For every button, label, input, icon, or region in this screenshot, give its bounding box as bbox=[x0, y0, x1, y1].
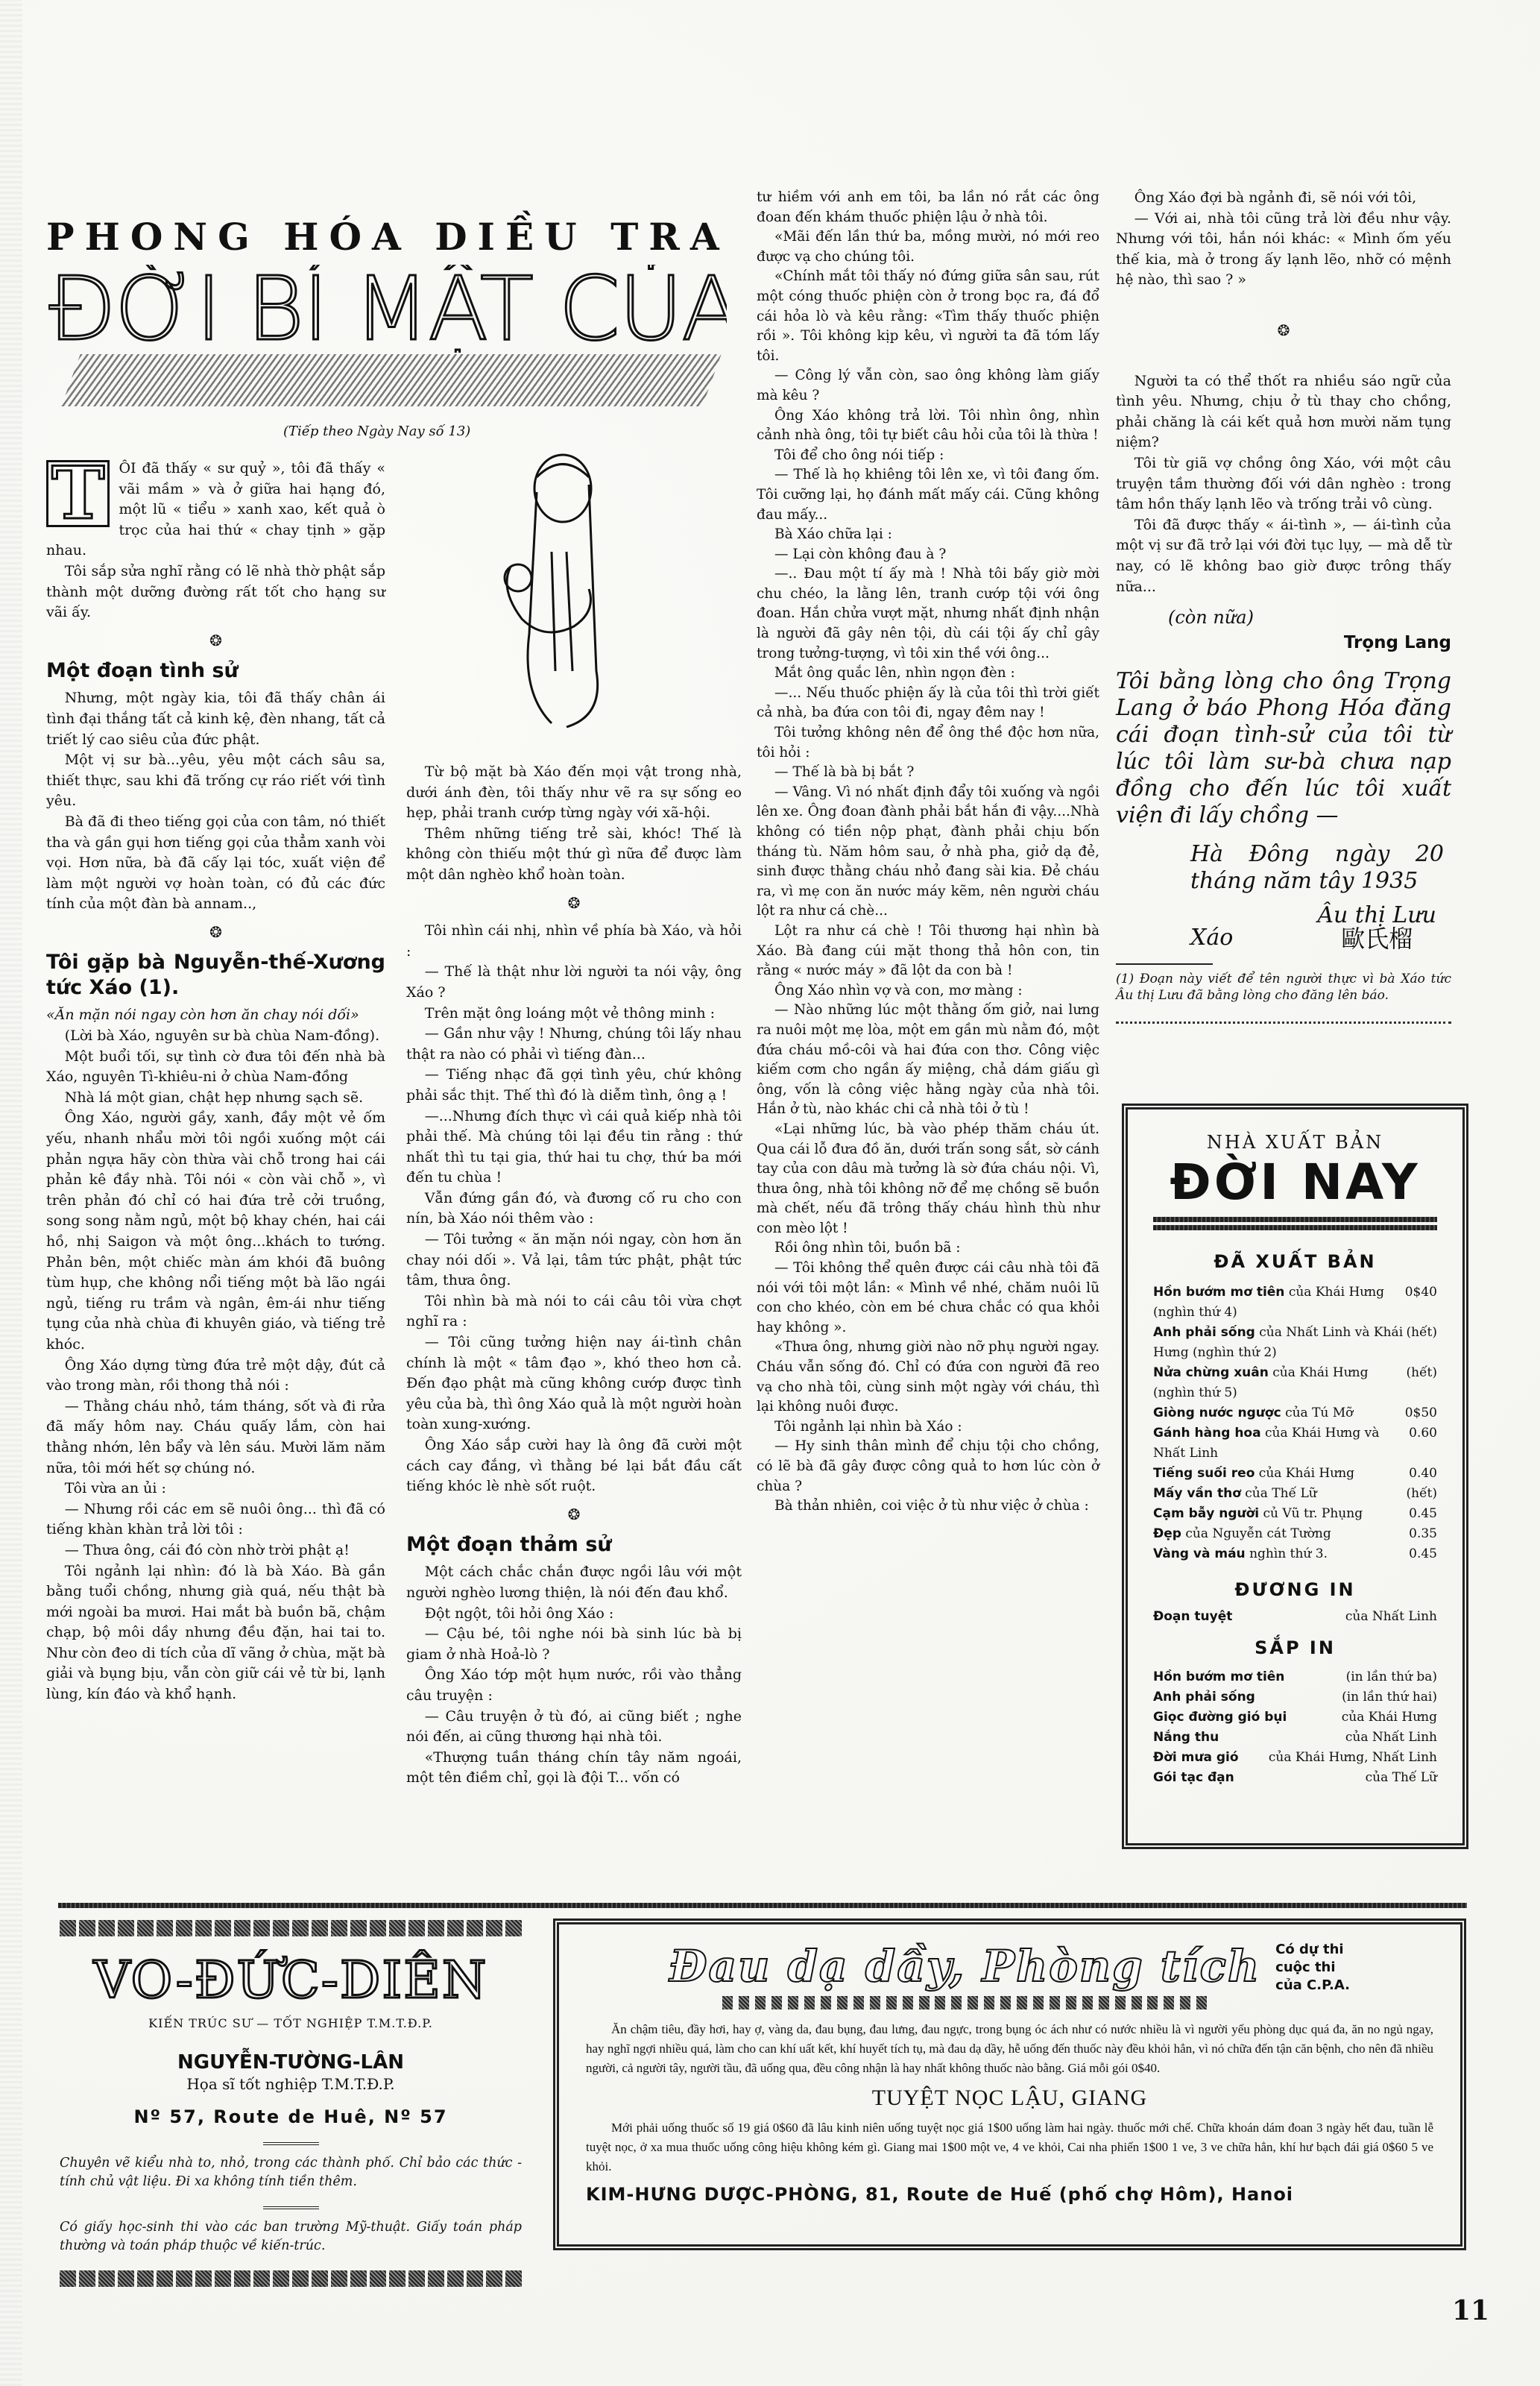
paragraph: — Công lý vẫn còn, sao ông không làm giấ… bbox=[757, 366, 1099, 406]
paragraph: Đột ngột, tôi hỏi ông Xáo : bbox=[406, 1604, 742, 1625]
book-detail: của Nhất Linh bbox=[1345, 1609, 1437, 1624]
paragraph: — Thưa ông, cái đó còn nhờ trời phật ạ! bbox=[46, 1540, 385, 1561]
book-detail: của Nhất Linh bbox=[1345, 1728, 1437, 1748]
book-detail: của Nguyễn cát Tường bbox=[1185, 1526, 1331, 1541]
book-price: 0.45 bbox=[1409, 1504, 1437, 1524]
handwritten-date: Hà Đông ngày 20 tháng năm tây 1935 bbox=[1190, 841, 1444, 895]
upcoming-list: Hồn bướm mơ tiên(in lần thứ ba) Anh phải… bbox=[1153, 1667, 1437, 1788]
section-ornament: ❂ bbox=[406, 1505, 742, 1526]
paragraph: (Lời bà Xáo, nguyên sư bà chùa Nam-đồng)… bbox=[46, 1026, 385, 1047]
book-price: (hết) bbox=[1406, 1323, 1437, 1343]
book-price: 0.60 bbox=[1409, 1423, 1437, 1444]
book-detail: củ Vũ tr. Phụng bbox=[1263, 1506, 1363, 1521]
paragraph: Nhưng, một ngày kia, tôi đã thấy chân ái… bbox=[46, 688, 385, 750]
rule bbox=[1153, 1217, 1437, 1222]
paragraph: — Thế là bà bị bắt ? bbox=[757, 763, 1099, 783]
decorative-border bbox=[60, 2270, 522, 2287]
book-title: Vàng và máu bbox=[1153, 1546, 1246, 1561]
signature-xao: Xáo bbox=[1190, 925, 1233, 951]
book-item: Gói tạc đạncủa Thế Lữ bbox=[1153, 1768, 1437, 1788]
partner-name: NGUYỄN-TƯỜNG-LÂN bbox=[60, 2051, 522, 2074]
paragraph: — Thế là họ khiêng tôi lên xe, vì tôi đa… bbox=[757, 465, 1099, 525]
pharmacy-subheading: TUYỆT NỌC LẬU, GIANG bbox=[586, 2086, 1433, 2111]
book-item: Đời mưa giócủa Khái Hưng, Nhất Linh bbox=[1153, 1748, 1437, 1768]
section-heading: Một đoạn thảm sử bbox=[406, 1532, 742, 1558]
book-title: Anh phải sống bbox=[1153, 1325, 1255, 1340]
book-price: 0$40 bbox=[1405, 1282, 1437, 1303]
book-detail: của Khái Hưng bbox=[1259, 1466, 1354, 1481]
book-detail: của Khái Hưng, Nhất Linh bbox=[1269, 1748, 1437, 1768]
book-item: Đoạn tuyệtcủa Nhất Linh bbox=[1153, 1609, 1437, 1624]
paragraph: «Mãi đến lần thứ ba, mồng mười, nó mới r… bbox=[757, 227, 1099, 267]
paragraph: Ông Xáo tớp một hụm nước, rồi vào thẳng … bbox=[406, 1665, 742, 1706]
wavy-rule bbox=[1116, 1022, 1451, 1024]
paragraph: — Gần như vậy ! Nhưng, chúng tôi lấy nha… bbox=[406, 1024, 742, 1065]
dropcap: T bbox=[46, 460, 110, 527]
architect-teaching: Có giấy học-sinh thi vào các ban trường … bbox=[60, 2218, 522, 2256]
paragraph: — Tiếng nhạc đã gợi tình yêu, chứ không … bbox=[406, 1065, 742, 1106]
section-ornament: ❂ bbox=[46, 631, 385, 652]
pharmacy-headline-row: Đau dạ dầy, Phòng tích Có dự thi cuộc th… bbox=[586, 1941, 1433, 2009]
book-price: (hết) bbox=[1406, 1484, 1437, 1504]
scan-edge bbox=[0, 0, 22, 2386]
column-2: Từ bộ mặt bà Xáo đến mọi vật trong nhà, … bbox=[406, 762, 742, 1789]
paragraph: Tôi nhìn cái nhị, nhìn về phía bà Xáo, v… bbox=[406, 921, 742, 962]
book-title: Giọc đường gió bụi bbox=[1153, 1707, 1287, 1728]
paragraph: Bà thản nhiên, coi việc ở tù như việc ở … bbox=[757, 1496, 1099, 1517]
section-heading: Tôi gặp bà Nguyễn-thế-Xương tức Xáo (1). bbox=[46, 950, 385, 1001]
book-item: Hồn bướm mơ tiên của Khái Hưng (nghìn th… bbox=[1153, 1282, 1437, 1323]
intro-paragraph: Tôi sắp sửa nghĩ rằng có lẽ nhà thờ phật… bbox=[46, 561, 385, 623]
paragraph: — Tôi không thể quên được cái câu nhà tô… bbox=[757, 1259, 1099, 1338]
architect-ad: VO-ĐỨC-DIÊN KIẾN TRÚC SƯ — TỐT NGHIỆP T.… bbox=[60, 1920, 522, 2300]
book-title: Giòng nước ngược bbox=[1153, 1406, 1281, 1420]
book-title: Nửa chừng xuân bbox=[1153, 1365, 1269, 1380]
paragraph: Vẫn đứng gần đó, và đương cố ru cho con … bbox=[406, 1189, 742, 1230]
continued-from: (Tiếp theo Ngày Nay số 13) bbox=[283, 424, 470, 439]
book-title: Mấy vần thơ bbox=[1153, 1486, 1241, 1501]
book-item: Hồn bướm mơ tiên(in lần thứ ba) bbox=[1153, 1667, 1437, 1687]
paragraph: —... Nếu thuốc phiện ấy là của tôi thì t… bbox=[757, 684, 1099, 723]
book-detail: của Khái Hưng bbox=[1342, 1707, 1437, 1728]
book-title: Hồn bướm mơ tiên bbox=[1153, 1285, 1284, 1300]
book-price: (hết) bbox=[1406, 1363, 1437, 1383]
paragraph: — Câu truyện ở tù đó, ai cũng biết ; ngh… bbox=[406, 1707, 742, 1748]
paragraph: Bà đã đi theo tiếng gọi của con tâm, nó … bbox=[46, 812, 385, 915]
paragraph: — Tôi tưởng « ăn mặn nói ngay, còn hơn ă… bbox=[406, 1230, 742, 1291]
page-number: 11 bbox=[1452, 2295, 1489, 2326]
section-ornament: ❂ bbox=[406, 893, 742, 914]
book-detail: nghìn thứ 3. bbox=[1249, 1546, 1328, 1561]
decorative-border bbox=[60, 1920, 522, 1936]
paragraph: Ông Xáo dựng từng đứa trẻ một dậy, đút c… bbox=[46, 1356, 385, 1397]
book-item: Nắng thucủa Nhất Linh bbox=[1153, 1728, 1437, 1748]
pharmacy-headline-block: Đau dạ dầy, Phòng tích bbox=[669, 1941, 1260, 2009]
book-title: Tiếng suối reo bbox=[1153, 1466, 1255, 1481]
column-1: T ÔI đã thấy « sư quỷ », tôi đã thấy « v… bbox=[46, 459, 385, 1705]
paragraph: Rồi ông nhìn tôi, buồn bã : bbox=[757, 1238, 1099, 1259]
book-item: Gánh hàng hoa của Khái Hưng và Nhất Linh… bbox=[1153, 1423, 1437, 1464]
pharmacy-headline: Đau dạ dầy, Phòng tích bbox=[669, 1941, 1260, 1992]
article-title-block: ĐỜI BÍ MẬT CỦA SƯ VÃI bbox=[48, 265, 727, 444]
book-detail: (in lần thứ hai) bbox=[1342, 1687, 1437, 1707]
signatures: Xáo Âu thị Lưu 歐氏榴 bbox=[1116, 902, 1451, 951]
nun-holding-child-illustration bbox=[477, 447, 648, 731]
book-item: Giòng nước ngược của Tú Mỡ0$50 bbox=[1153, 1403, 1437, 1423]
book-price: 0$50 bbox=[1405, 1403, 1437, 1423]
book-item: Tiếng suối reo của Khái Hưng0.40 bbox=[1153, 1464, 1437, 1484]
paragraph: — Nhưng rồi các em sẽ nuôi ông... thì đã… bbox=[46, 1499, 385, 1540]
architect-name: VO-ĐỨC-DIÊN bbox=[60, 1951, 522, 2010]
paragraph: Ông Xáo sắp cười hay là ông đã cười một … bbox=[406, 1435, 742, 1497]
book-item: Đẹp của Nguyễn cát Tường0.35 bbox=[1153, 1524, 1437, 1544]
epigraph: «Ăn mặn nói ngay còn hơn ăn chay nói dối… bbox=[46, 1005, 385, 1026]
publisher-name: ĐỜI NAY bbox=[1153, 1153, 1437, 1212]
section-ornament: ❂ bbox=[1116, 321, 1451, 341]
signature-au-thi-luu: Âu thị Lưu 歐氏榴 bbox=[1317, 902, 1436, 951]
book-price: 0.45 bbox=[1409, 1544, 1437, 1564]
handwritten-consent-note: Tôi bằng lòng cho ông Trọng Lang ở báo P… bbox=[1116, 668, 1451, 829]
book-item: Giọc đường gió bụicủa Khái Hưng bbox=[1153, 1707, 1437, 1728]
published-heading: ĐÃ XUẤT BẢN bbox=[1153, 1251, 1437, 1272]
paragraph: Ông Xáo nhìn vợ và con, mơ màng : bbox=[757, 981, 1099, 1001]
book-detail: của Tú Mỡ bbox=[1285, 1406, 1353, 1420]
paragraph: — Với ai, nhà tôi cũng trả lời đều như v… bbox=[1116, 209, 1451, 291]
book-title: Nắng thu bbox=[1153, 1728, 1219, 1748]
publisher-ad-doi-nay: NHÀ XUẤT BẢN ĐỜI NAY ĐÃ XUẤT BẢN Hồn bướ… bbox=[1122, 1104, 1468, 1849]
title-hatch-shadow bbox=[61, 354, 721, 406]
paragraph: «Lại những lúc, bà vào phép thăm cháu út… bbox=[757, 1120, 1099, 1239]
section-ornament: ❂ bbox=[46, 922, 385, 943]
paragraph: Tôi vừa an ủi : bbox=[46, 1479, 385, 1499]
pharmacy-footer: KIM-HƯNG DƯỢC-PHÒNG, 81, Route de Huế (p… bbox=[586, 2184, 1433, 2205]
book-item: Cạm bẫy người củ Vũ tr. Phụng0.45 bbox=[1153, 1504, 1437, 1524]
paragraph: tư hiềm với anh em tôi, ba lần nó rắt cá… bbox=[757, 188, 1099, 227]
paragraph: — Nào những lúc một thằng ốm giở, nai lư… bbox=[757, 1001, 1099, 1120]
book-item: Nửa chừng xuân của Khái Hưng (nghìn thứ … bbox=[1153, 1363, 1437, 1403]
paragraph: Tôi đã được thấy « ái-tình », — ái-tình … bbox=[1116, 515, 1451, 597]
architect-subtitle: KIẾN TRÚC SƯ — TỐT NGHIỆP T.M.T.Đ.P. bbox=[60, 2016, 522, 2030]
partner-title: Họa sĩ tốt nghiệp T.M.T.Đ.P. bbox=[60, 2075, 522, 2093]
article-title: ĐỜI BÍ MẬT CỦA SƯ VÃI bbox=[48, 265, 727, 353]
book-item: Mấy vần thơ của Thế Lữ(hết) bbox=[1153, 1484, 1437, 1504]
book-title: Đẹp bbox=[1153, 1526, 1181, 1541]
book-detail: của Thế Lữ bbox=[1366, 1768, 1437, 1788]
paragraph: Tôi ngảnh lại nhìn: đó là bà Xáo. Bà gần… bbox=[46, 1561, 385, 1705]
paragraph: Một vị sư bà...yêu, yêu một cách sâu sa,… bbox=[46, 750, 385, 812]
paragraph: Tôi để cho ông nói tiếp : bbox=[757, 446, 1099, 466]
to-be-continued: (còn nữa) bbox=[1168, 608, 1451, 629]
paragraph: Tôi ngảnh lại nhìn bà Xáo : bbox=[757, 1417, 1099, 1438]
publisher-label: NHÀ XUẤT BẢN bbox=[1153, 1132, 1437, 1153]
pharmacy-body-1: Ăn chậm tiêu, đầy hơi, hay ợ, vàng da, đ… bbox=[586, 2020, 1433, 2078]
paragraph: — Thằng cháu nhỏ, tám tháng, sốt và đi r… bbox=[46, 1397, 385, 1479]
section-heading: Một đoạn tình sử bbox=[46, 658, 385, 684]
signature-han: 歐氏榴 bbox=[1317, 929, 1436, 950]
author-byline: Trọng Lang bbox=[1116, 633, 1451, 654]
printing-heading: ĐƯƠNG IN bbox=[1153, 1579, 1437, 1600]
published-list: Hồn bướm mơ tiên của Khái Hưng (nghìn th… bbox=[1153, 1282, 1437, 1564]
paragraph: — Vâng. Vì nó nhất định đẩy tôi xuống và… bbox=[757, 783, 1099, 922]
paragraph: —.. Đau một tí ấy mà ! Nhà tôi bấy giờ m… bbox=[757, 564, 1099, 664]
paragraph: Ông Xáo đợi bà ngảnh đi, sẽ nói với tôi, bbox=[1116, 188, 1451, 209]
paragraph: Ông Xáo, người gầy, xanh, đầy một vẻ ốm … bbox=[46, 1108, 385, 1355]
book-title: Đời mưa gió bbox=[1153, 1748, 1239, 1768]
paragraph: — Tôi cũng tưởng hiện nay ái-tình chân c… bbox=[406, 1332, 742, 1435]
paragraph: Trên mặt ông loáng một vẻ thông minh : bbox=[406, 1004, 742, 1024]
paragraph: Một cách chắc chắn được ngồi lâu với một… bbox=[406, 1562, 742, 1603]
architect-address: Nº 57, Route de Huê, Nº 57 bbox=[60, 2106, 522, 2127]
book-title: Gói tạc đạn bbox=[1153, 1768, 1234, 1788]
rule bbox=[263, 2142, 319, 2145]
paragraph: «Thưa ông, nhưng giời nào nỡ phụ người n… bbox=[757, 1338, 1099, 1417]
paragraph: — Lại còn không đau à ? bbox=[757, 545, 1099, 565]
article-kicker: PHONG HÓA DIỀU TRA bbox=[46, 215, 730, 259]
paragraph: —...Nhưng đích thực vì cái quả kiếp nhà … bbox=[406, 1107, 742, 1189]
paragraph: Một buổi tối, sự tình cờ đưa tôi đến nhà… bbox=[46, 1047, 385, 1088]
book-detail: (in lần thứ ba) bbox=[1346, 1667, 1437, 1687]
book-title: Anh phải sống bbox=[1153, 1687, 1255, 1707]
rule bbox=[263, 2206, 319, 2209]
paragraph: Lột ra như cá chè ! Tôi thương hại nhìn … bbox=[757, 922, 1099, 981]
contest-note: Có dự thi cuộc thi của C.P.A. bbox=[1275, 1941, 1350, 1995]
upcoming-heading: SẮP IN bbox=[1153, 1637, 1437, 1658]
paragraph: «Thượng tuần tháng chín tây năm ngoái, m… bbox=[406, 1748, 742, 1789]
book-price: 0.40 bbox=[1409, 1464, 1437, 1484]
footnote-rule bbox=[1116, 963, 1213, 965]
pharmacy-body-2: Mới phải uống thuốc số 19 giá 0$60 đã lâ… bbox=[586, 2118, 1433, 2176]
book-title: Cạm bẫy người bbox=[1153, 1506, 1259, 1521]
paragraph: Từ bộ mặt bà Xáo đến mọi vật trong nhà, … bbox=[406, 762, 742, 824]
rule bbox=[1153, 1225, 1437, 1230]
footnote: (1) Đoạn này viết để tên người thực vì b… bbox=[1116, 971, 1451, 1004]
book-title: Đoạn tuyệt bbox=[1153, 1609, 1232, 1624]
paragraph: Thêm những tiếng trẻ sài, khóc! Thế là k… bbox=[406, 824, 742, 886]
paragraph: Người ta có thể thốt ra nhiều sáo ngữ củ… bbox=[1116, 371, 1451, 453]
column-3: tư hiềm với anh em tôi, ba lần nó rắt cá… bbox=[757, 188, 1099, 1517]
intro: T ÔI đã thấy « sư quỷ », tôi đã thấy « v… bbox=[46, 459, 385, 623]
paragraph: Mắt ông quắc lên, nhìn ngọn đèn : bbox=[757, 664, 1099, 684]
ads-top-rule bbox=[58, 1903, 1467, 1908]
decorative-border bbox=[722, 1996, 1207, 2009]
book-price: 0.35 bbox=[1409, 1524, 1437, 1544]
paragraph: Ông Xáo không trả lời. Tôi nhìn ông, nhì… bbox=[757, 406, 1099, 446]
paragraph: — Hy sinh thân mình để chịu tội cho chồn… bbox=[757, 1437, 1099, 1496]
book-item: Anh phải sống(in lần thứ hai) bbox=[1153, 1687, 1437, 1707]
book-item: Anh phải sống của Nhất Linh và Khái Hưng… bbox=[1153, 1323, 1437, 1363]
paragraph: Bà Xáo chữa lại : bbox=[757, 525, 1099, 545]
paragraph: — Cậu bé, tôi nghe nói bà sinh lúc bà bị… bbox=[406, 1624, 742, 1665]
book-item: Vàng và máu nghìn thứ 3.0.45 bbox=[1153, 1544, 1437, 1564]
paragraph: Tôi nhìn bà mà nói to cái câu tôi vừa ch… bbox=[406, 1291, 742, 1332]
paragraph: Tôi từ giã vợ chồng ông Xáo, với một câu… bbox=[1116, 453, 1451, 515]
architect-services: Chuyên vẽ kiểu nhà to, nhỏ, trong các th… bbox=[60, 2154, 522, 2191]
paragraph: — Thế là thật như lời người ta nói vậy, … bbox=[406, 962, 742, 1003]
paragraph: «Chính mắt tôi thấy nó đứng giữa sân sau… bbox=[757, 267, 1099, 366]
book-title: Hồn bướm mơ tiên bbox=[1153, 1667, 1284, 1687]
pharmacy-ad: Đau dạ dầy, Phòng tích Có dự thi cuộc th… bbox=[553, 1918, 1466, 2250]
book-detail: của Thế Lữ bbox=[1245, 1486, 1316, 1501]
paragraph: Tôi tưởng không nên để ông thề độc hơn n… bbox=[757, 723, 1099, 763]
newspaper-page: PHONG HÓA DIỀU TRA ĐỜI BÍ MẬT CỦA SƯ VÃI… bbox=[0, 0, 1540, 2386]
paragraph: Nhà lá một gian, chật hẹp nhưng sạch sẽ. bbox=[46, 1088, 385, 1109]
book-title: Gánh hàng hoa bbox=[1153, 1426, 1261, 1441]
column-4: Ông Xáo đợi bà ngảnh đi, sẽ nói với tôi,… bbox=[1116, 188, 1451, 1024]
